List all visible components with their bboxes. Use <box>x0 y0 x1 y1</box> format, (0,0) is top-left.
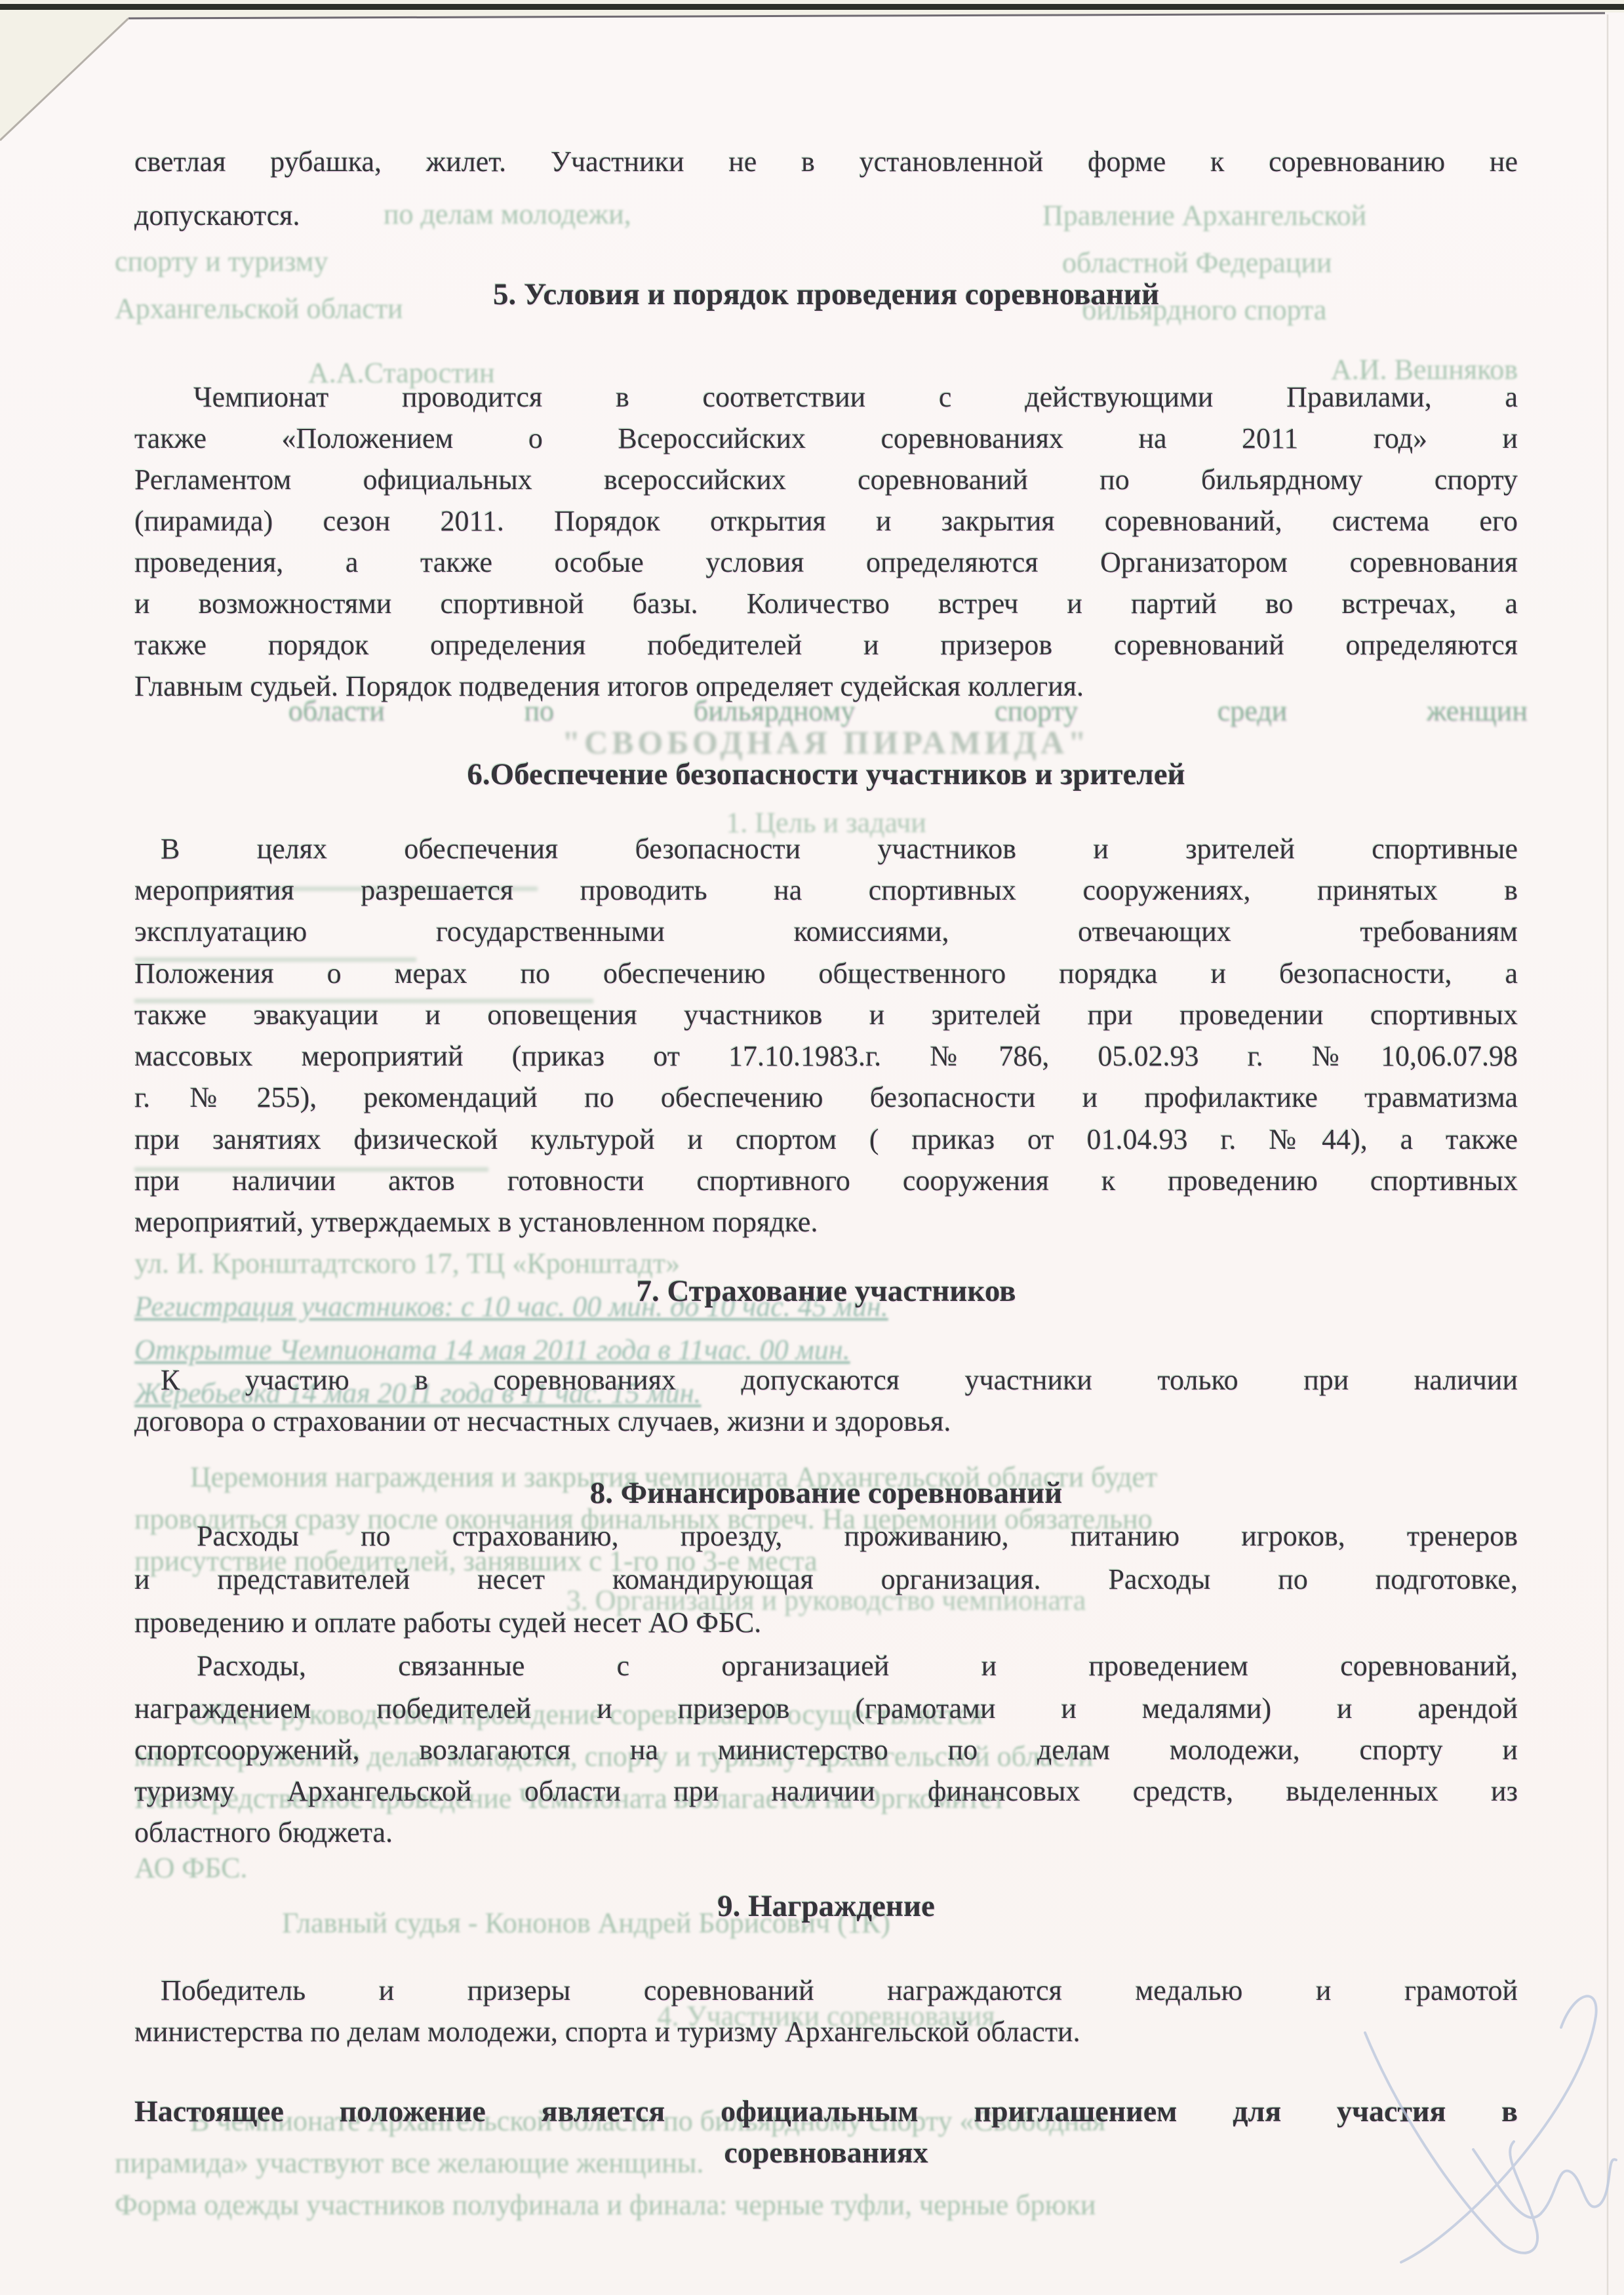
paragraph-line: допускаются. <box>134 197 1518 235</box>
scanner-edge-strip <box>0 4 1624 10</box>
signature-scribble <box>1349 1980 1624 2295</box>
paragraph-line: Расходы по страхованию, проезду, прожива… <box>134 1517 1518 1555</box>
bleedthrough-line: Форма одежды участников полуфинала и фин… <box>115 2186 1518 2224</box>
bleedthrough-line: АО ФБС. <box>134 1849 397 1887</box>
paragraph-line: также «Положением о Всероссийских соревн… <box>134 420 1518 458</box>
paragraph-line: светлая рубашка, жилет. Участники не в у… <box>134 143 1518 181</box>
paragraph-line: договора о страховании от несчастных слу… <box>134 1403 1518 1441</box>
paragraph-line: туризму Архангельской области при наличи… <box>134 1772 1518 1810</box>
paragraph-line: проведению и оплате работы судей несет А… <box>134 1604 1518 1642</box>
paragraph-line: массовых мероприятий (приказ от 17.10.19… <box>134 1037 1518 1075</box>
paragraph-line: мероприятий, утверждаемых в установленно… <box>134 1203 1518 1241</box>
paragraph-line: областного бюджета. <box>134 1814 1518 1852</box>
closing-statement-line: соревнованиях <box>134 2134 1518 2172</box>
paragraph-line: Чемпионат проводится в соответствии с де… <box>134 378 1518 416</box>
page: светлая рубашка, жилет. Участники не в у… <box>0 0 1624 2295</box>
paragraph-line: награждением победителей и призеров (гра… <box>134 1690 1518 1728</box>
signature-stroke <box>1365 2033 1537 2253</box>
paragraph-line: (пирамида) сезон 2011. Порядок открытия … <box>134 502 1518 540</box>
section-heading: 9. Награждение <box>134 1887 1518 1925</box>
signature-stroke <box>1473 2149 1616 2218</box>
section-heading: 8. Финансирование соревнований <box>134 1474 1518 1512</box>
paragraph-line: г.№255), рекомендаций по обеспечению без… <box>134 1079 1518 1117</box>
paragraph-line: также порядок определения победителей и … <box>134 626 1518 664</box>
paragraph-line: мероприятия разрешается проводить на спо… <box>134 871 1518 909</box>
section-heading: 6.Обеспечение безопасности участников и … <box>134 755 1518 793</box>
paragraph-line: проведения, а также особые условия опред… <box>134 544 1518 582</box>
paragraph-line: спортсооружений, возлагаются на министер… <box>134 1731 1518 1769</box>
scanned-document: { "document": { "title_hint": "Положение… <box>0 0 1624 2295</box>
paragraph-line: при занятиях физической культурой и спор… <box>134 1121 1518 1159</box>
paragraph-line: и возможностями спортивной базы. Количес… <box>134 585 1518 623</box>
section-heading: 5. Условия и порядок проведения соревнов… <box>134 275 1518 313</box>
signature-stroke <box>1401 1996 1596 2262</box>
paragraph-line: К участию в соревнованиях допускаются уч… <box>134 1361 1518 1399</box>
paragraph-line: Регламентом официальных всероссийских со… <box>134 461 1518 499</box>
paragraph-line: эксплуатацию государственными комиссиями… <box>134 913 1518 951</box>
paragraph-line: Победитель и призеры соревнований награж… <box>134 1972 1518 2010</box>
paragraph-line: Расходы, связанные с организацией и пров… <box>134 1647 1518 1685</box>
paragraph-line: министерства по делам молодежи, спорта и… <box>134 2013 1518 2051</box>
closing-statement-line: Настоящее положение является официальным… <box>134 2092 1518 2130</box>
paragraph-line: В целях обеспечения безопасности участни… <box>134 830 1518 868</box>
paragraph-line: Главным судьей. Порядок подведения итого… <box>134 668 1518 706</box>
paragraph-line: и представителей несет командирующая орг… <box>134 1561 1518 1599</box>
paragraph-line: при наличии актов готовности спортивного… <box>134 1162 1518 1200</box>
paragraph-line: Положения о мерах по обеспечению обществ… <box>134 955 1518 993</box>
paragraph-line: также эвакуации и оповещения участников … <box>134 996 1518 1034</box>
section-heading: 7. Страхование участников <box>134 1272 1518 1310</box>
